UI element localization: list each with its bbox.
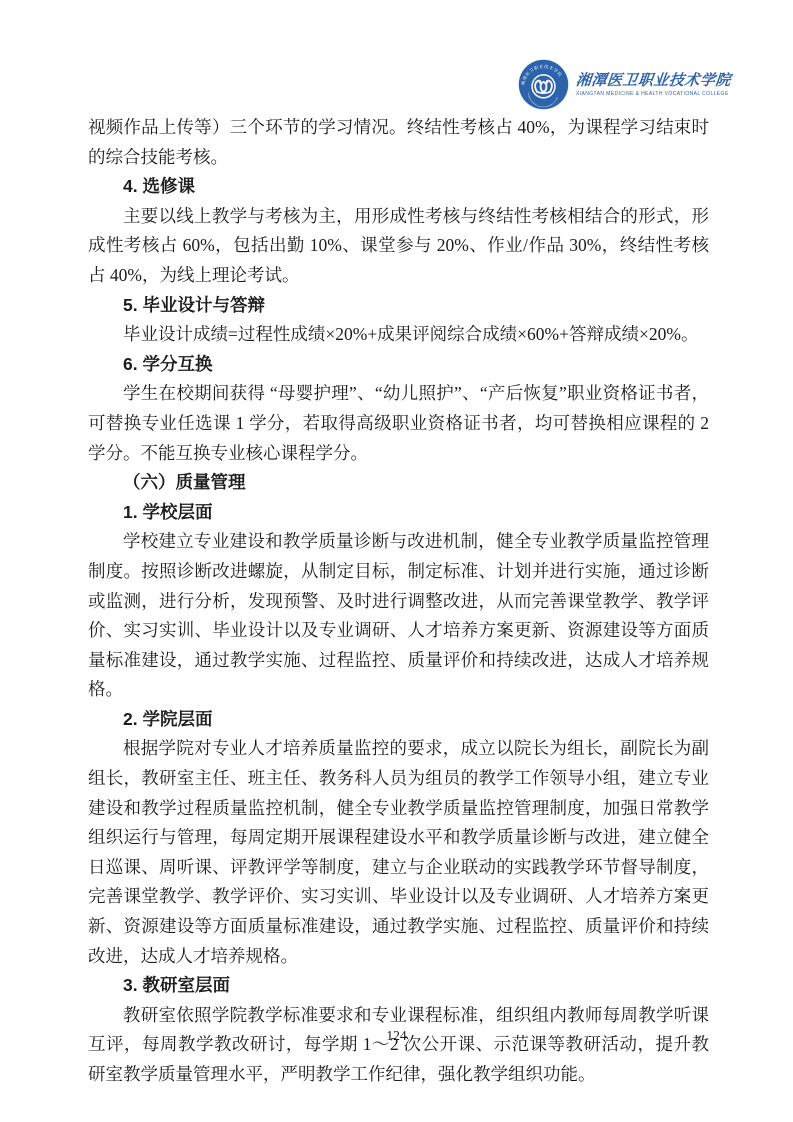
- body-paragraph: 学生在校期间获得 “母婴护理”、“幼儿照护”、“产后恢复”职业资格证书者，可替换…: [88, 379, 709, 468]
- body-paragraph: 根据学院对专业人才培养质量监控的要求，成立以院长为组长，副院长为副组长，教研室主…: [88, 734, 709, 971]
- body-paragraph: 毕业设计成绩=过程性成绩×20%+成果评阅综合成绩×60%+答辩成绩×20%。: [88, 320, 709, 350]
- body-paragraph: 教研室依照学院教学标准要求和专业课程标准，组织组内教师每周教学听课互评，每周教学…: [88, 1001, 709, 1090]
- section-heading: 2. 学院层面: [88, 705, 709, 735]
- college-seal-icon: 湘潭医卫职业技术学院 XIANGTAN MEDICINE & HEALTH VO…: [516, 57, 571, 112]
- college-name-zh: 湘潭医卫职业技术学院: [575, 72, 732, 89]
- college-name-block: 湘潭医卫职业技术学院 XIANGTAN MEDICINE & HEALTH VO…: [576, 72, 731, 97]
- document-page: 湘潭医卫职业技术学院 XIANGTAN MEDICINE & HEALTH VO…: [0, 0, 793, 1122]
- section-heading: 3. 教研室层面: [88, 971, 709, 1001]
- section-heading: 4. 选修课: [88, 172, 709, 202]
- body-paragraph: 视频作品上传等）三个环节的学习情况。终结性考核占 40%，为课程学习结束时的综合…: [88, 113, 709, 172]
- section-heading: （六）质量管理: [88, 468, 709, 498]
- college-name-en: XIANGTAN MEDICINE & HEALTH VOCATIONAL CO…: [576, 91, 731, 97]
- page-header: 湘潭医卫职业技术学院 XIANGTAN MEDICINE & HEALTH VO…: [516, 57, 731, 112]
- section-heading: 5. 毕业设计与答辩: [88, 291, 709, 321]
- document-content: 视频作品上传等）三个环节的学习情况。终结性考核占 40%，为课程学习结束时的综合…: [88, 113, 709, 1090]
- section-heading: 6. 学分互换: [88, 350, 709, 380]
- body-paragraph: 主要以线上教学与考核为主，用形成性考核与终结性考核相结合的形式，形成性考核占 6…: [88, 202, 709, 291]
- body-paragraph: 学校建立专业建设和教学质量诊断与改进机制，健全专业教学质量监控管理制度。按照诊断…: [88, 527, 709, 705]
- page-number: 124: [0, 1028, 793, 1044]
- section-heading: 1. 学校层面: [88, 498, 709, 528]
